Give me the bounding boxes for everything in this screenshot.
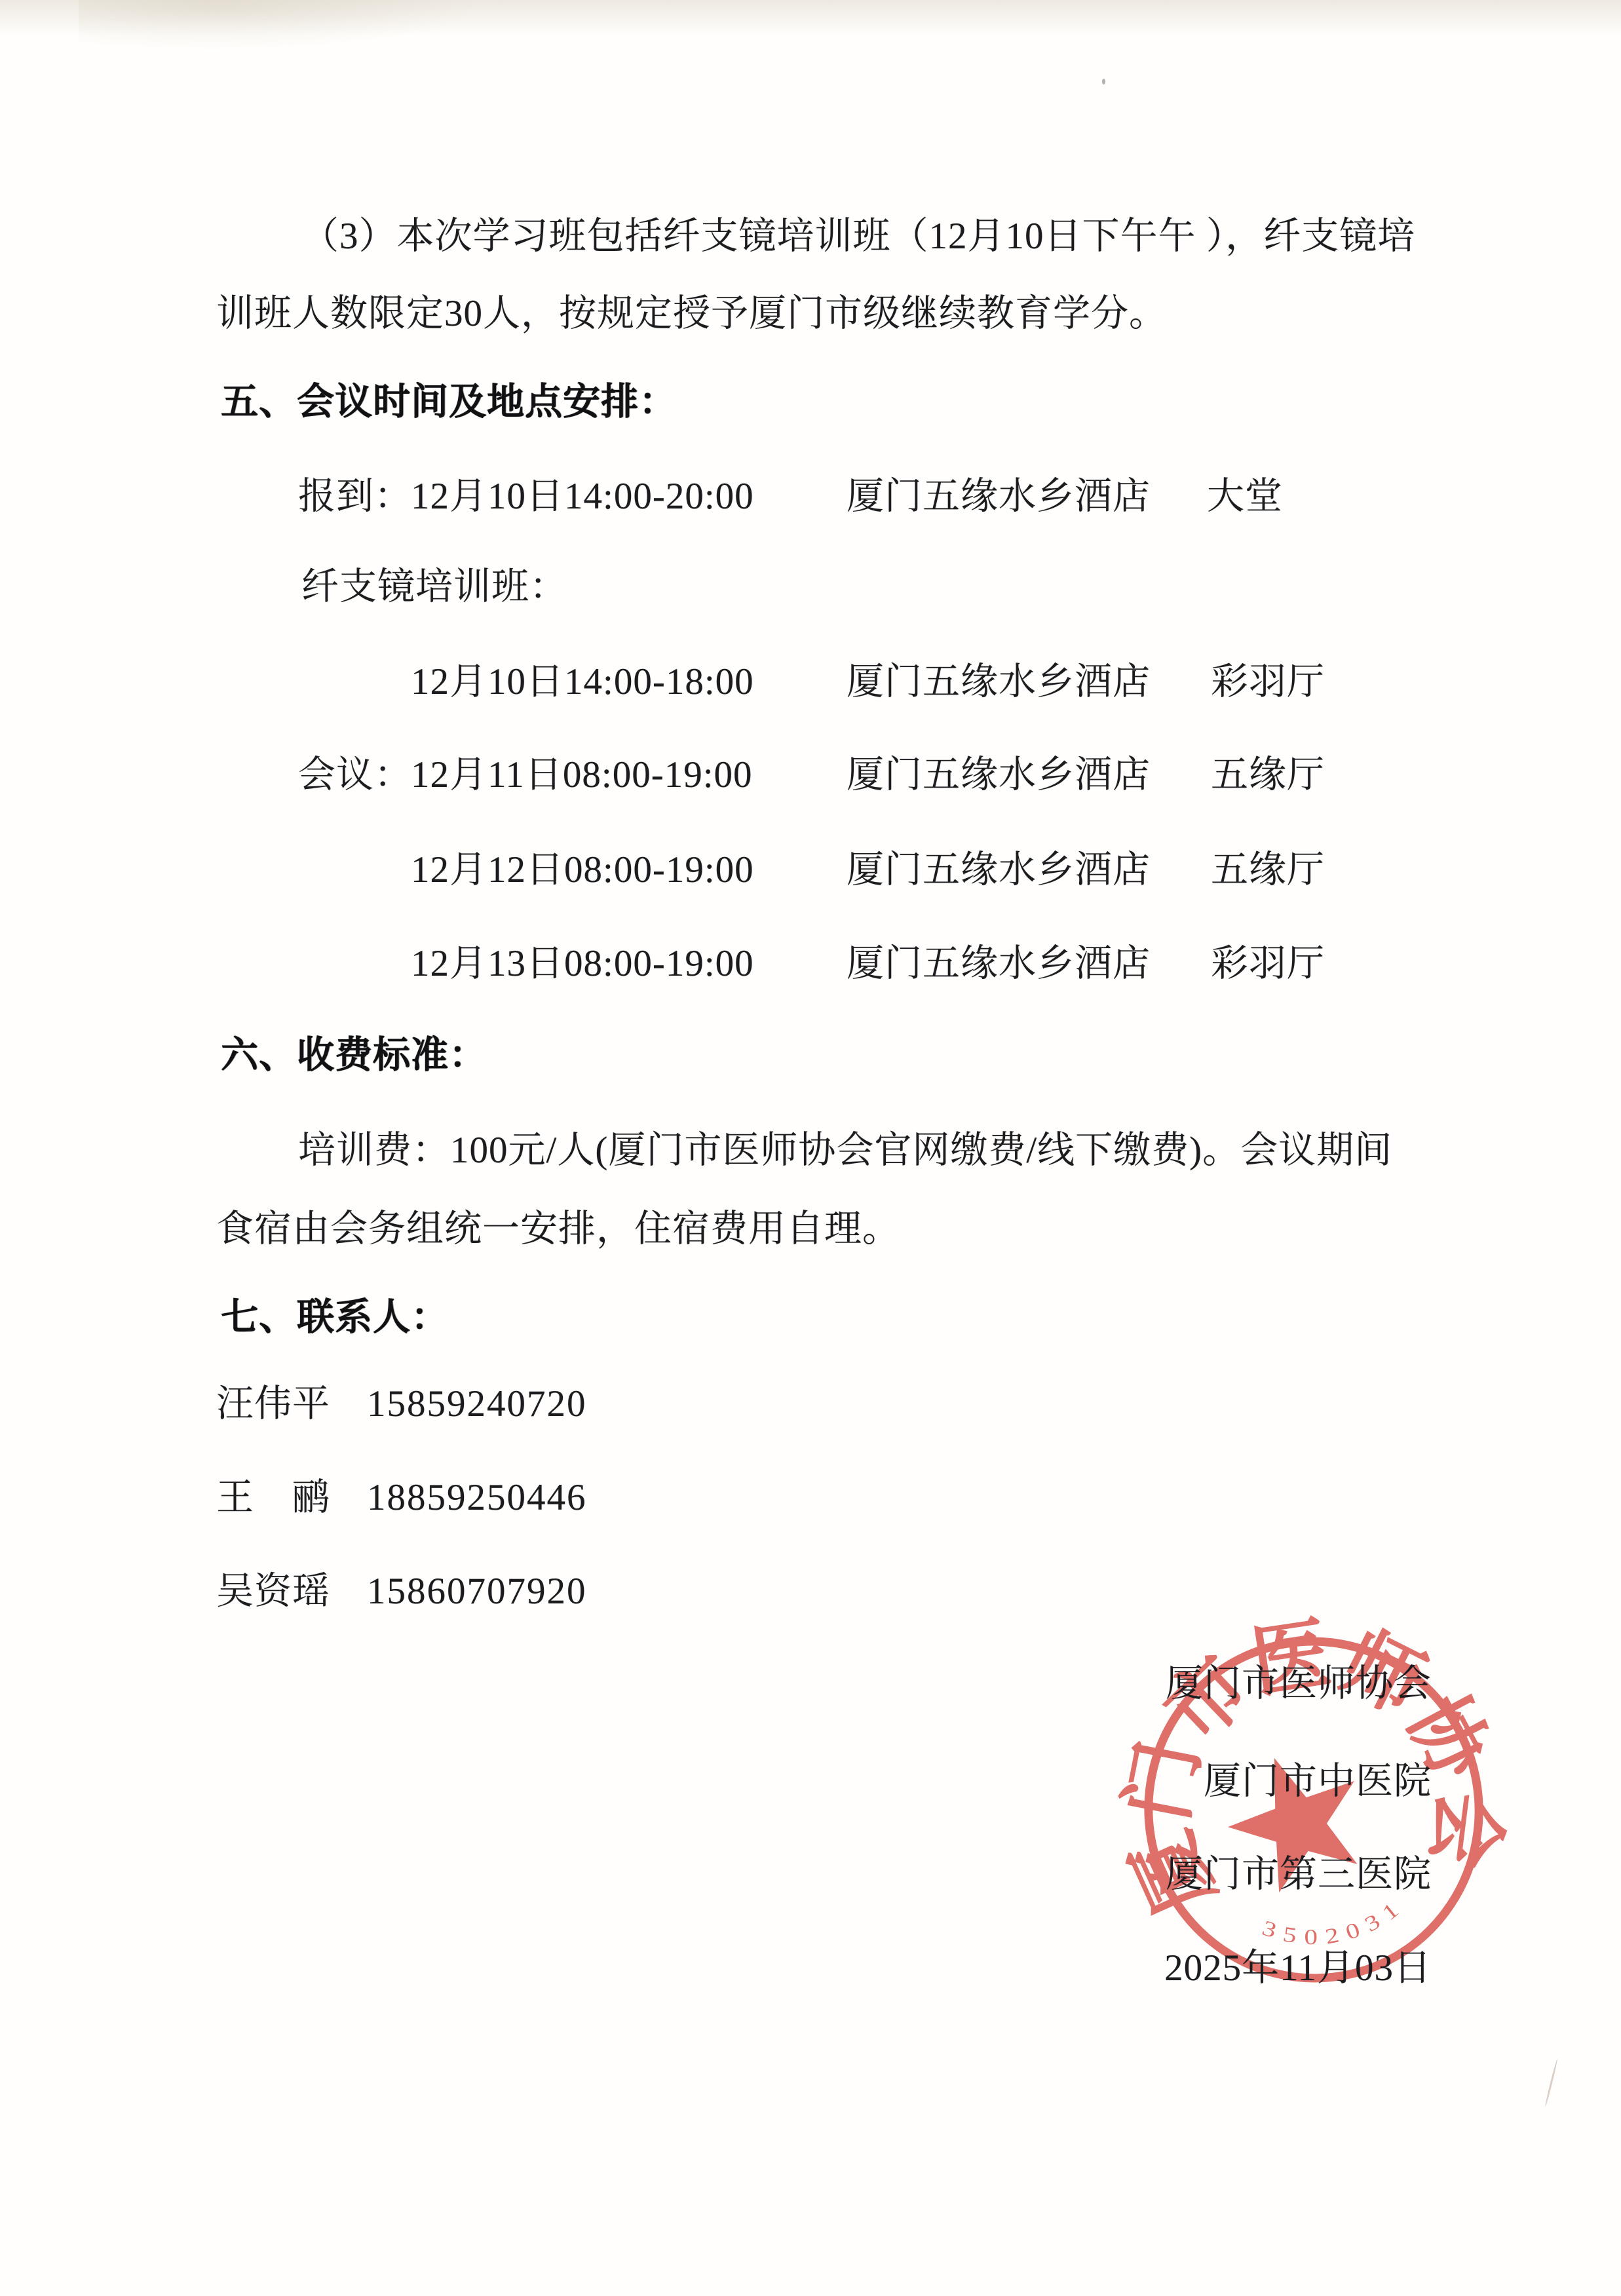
contact-phone: 15859240720 [367, 1384, 587, 1425]
schedule-row-time: 12月10日14:00-20:00 [411, 476, 754, 517]
scan-blotch [79, 0, 524, 59]
section-5-heading: 五、会议时间及地点安排： [221, 382, 677, 423]
intro-line-1: （3）本次学习班包括纤支镜培训班（12月10日下午午 ），纤支镜培 [301, 216, 1415, 257]
schedule-row-venue: 厦门五缘水乡酒店 [847, 944, 1151, 984]
signatory-org-1: 厦门市医师协会 [1166, 1664, 1432, 1704]
scanned-notice-page: 厦门市医师协会 350203100736 （3）本次学习班包括纤支镜培训班（12… [0, 0, 1621, 2296]
schedule-training-label: 纤支镜培训班： [301, 567, 567, 607]
contact-name: 汪伟平 [216, 1384, 330, 1425]
schedule-row-time: 12月13日08:00-19:00 [411, 944, 754, 984]
schedule-row-hall: 彩羽厅 [1211, 944, 1325, 984]
schedule-row-venue: 厦门五缘水乡酒店 [847, 755, 1151, 795]
contact-phone: 18859250446 [367, 1478, 587, 1518]
contact-phone: 15860707920 [367, 1571, 587, 1612]
contact-name: 吴资瑶 [216, 1571, 330, 1612]
schedule-row-time: 12月10日14:00-18:00 [411, 662, 754, 702]
schedule-row-venue: 厦门五缘水乡酒店 [847, 850, 1151, 890]
schedule-row-hall: 五缘厅 [1211, 755, 1325, 795]
fees-line-2: 食宿由会务组统一安排，住宿费用自理。 [216, 1209, 900, 1250]
schedule-row-venue: 厦门五缘水乡酒店 [847, 476, 1151, 517]
section-7-heading: 七、联系人： [221, 1297, 449, 1338]
schedule-row-hall: 五缘厅 [1211, 850, 1325, 890]
intro-line-2: 训班人数限定30人，按规定授予厦门市级继续教育学分。 [216, 294, 1167, 334]
section-6-heading: 六、收费标准： [221, 1035, 487, 1076]
schedule-meeting-label: 会议： [298, 755, 412, 795]
fees-line-1: 培训费：100元/人(厦门市医师协会官网缴费/线下缴费)。会议期间 [298, 1130, 1392, 1171]
schedule-row-hall: 彩羽厅 [1211, 662, 1325, 702]
signature-date: 2025年11月03日 [1164, 1948, 1432, 1989]
signatory-org-3: 厦门市第三医院 [1166, 1854, 1432, 1895]
schedule-row-time: 12月11日08:00-19:00 [411, 755, 753, 795]
schedule-registration-label: 报到： [298, 476, 412, 517]
schedule-row-time: 12月12日08:00-19:00 [411, 850, 754, 890]
schedule-row-hall: 大堂 [1207, 476, 1283, 517]
signatory-org-2: 厦门市中医院 [1204, 1761, 1432, 1802]
scan-speck [1102, 79, 1105, 85]
scan-hair-artifact [1544, 2059, 1558, 2107]
contact-name: 王 鹂 [216, 1478, 330, 1518]
schedule-row-venue: 厦门五缘水乡酒店 [847, 662, 1151, 702]
